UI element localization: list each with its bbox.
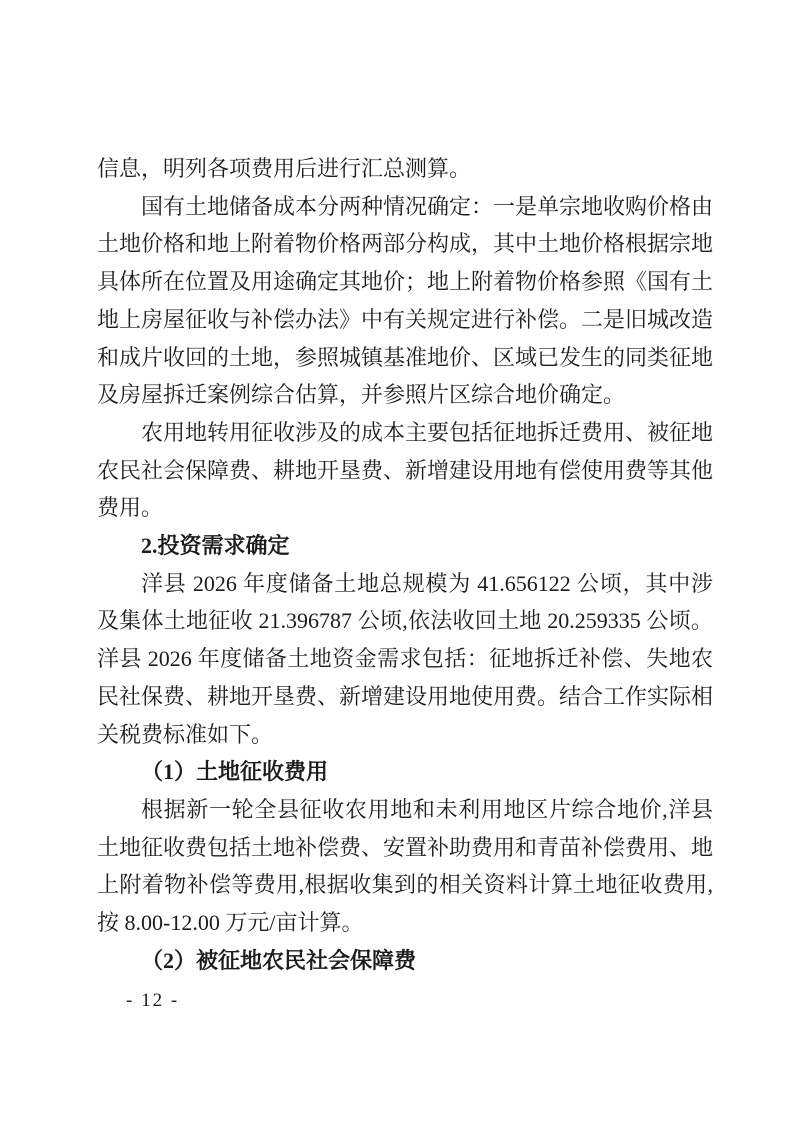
document-body: 信息，明列各项费用后进行汇总测算。 国有土地储备成本分两种情况确定：一是单宗地收… xyxy=(97,150,713,979)
paragraph-state-land-reserve-cost: 国有土地储备成本分两种情况确定：一是单宗地收购价格由土地价格和地上附着物价格两部… xyxy=(97,188,713,414)
heading-investment-demand: 2.投资需求确定 xyxy=(97,527,713,565)
document-page: 信息，明列各项费用后进行汇总测算。 国有土地储备成本分两种情况确定：一是单宗地收… xyxy=(0,0,793,1122)
paragraph-summary-continuation: 信息，明列各项费用后进行汇总测算。 xyxy=(97,150,713,188)
page-number: - 12 - xyxy=(126,990,179,1012)
paragraph-land-acquisition-fee-detail: 根据新一轮全县征收农用地和未利用地区片综合地价,洋县土地征收费包括土地补偿费、安… xyxy=(97,791,713,942)
heading-land-acquisition-fee: （1）土地征收费用 xyxy=(97,753,713,791)
paragraph-farmland-conversion-cost: 农用地转用征收涉及的成本主要包括征地拆迁费用、被征地农民社会保障费、耕地开垦费、… xyxy=(97,414,713,527)
paragraph-reserve-scale-and-funding: 洋县 2026 年度储备土地总规模为 41.656122 公顷，其中涉及集体土地… xyxy=(97,565,713,754)
heading-farmer-social-security-fee: （2）被征地农民社会保障费 xyxy=(97,942,713,980)
